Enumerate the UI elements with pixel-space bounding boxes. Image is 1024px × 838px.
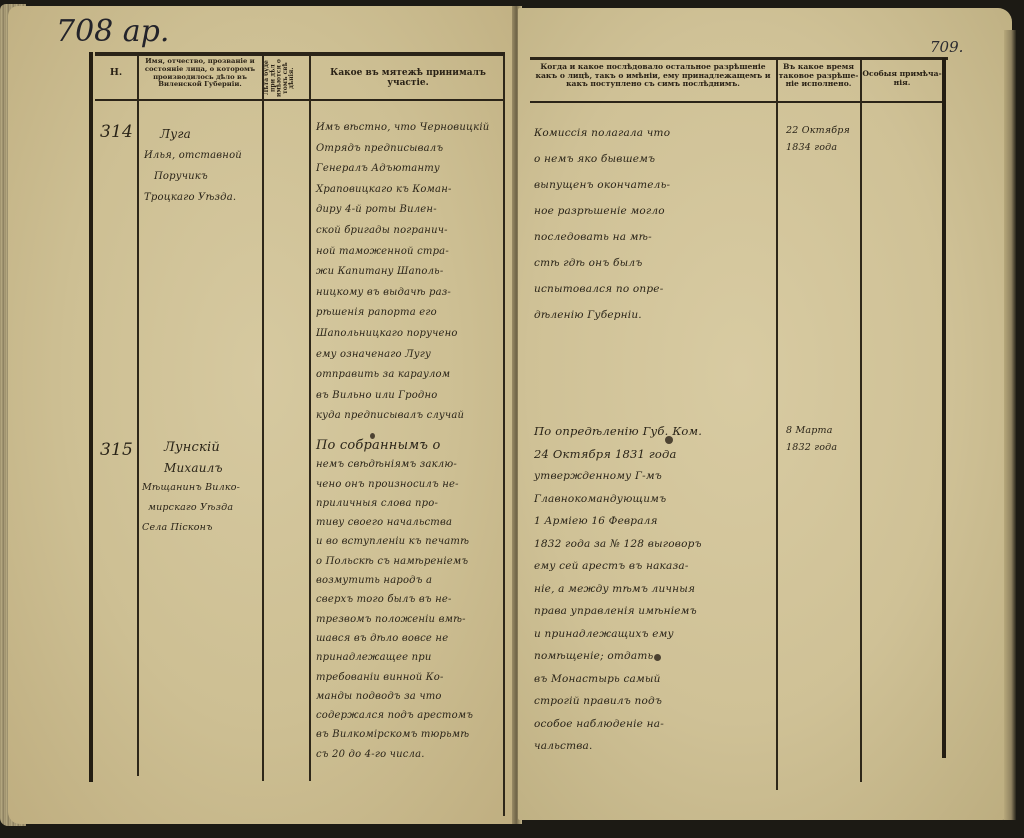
text-line: принадлежащее при	[316, 648, 473, 667]
header-number: Н.	[95, 68, 137, 79]
text-line: стѣ гдѣ онъ былъ	[534, 250, 670, 276]
text-line: и во вступленіи къ печатѣ	[316, 532, 473, 551]
text-line: испытовался по опре-	[534, 276, 670, 302]
date-line: 1834 года	[786, 139, 850, 156]
entry-number: 314	[100, 122, 133, 142]
text-line: въ Вилкомірскомъ тюрьмѣ	[316, 725, 473, 744]
text-line: Шапольницкаго поручено	[316, 324, 489, 345]
header-participation: Какое въ мятежѣ принималъ участіе.	[312, 68, 504, 89]
date-line: 22 Октября	[786, 122, 850, 139]
text-line: шався въ дѣло вовсе не	[316, 629, 473, 648]
text-line: въ Вильно или Гродно	[316, 386, 489, 407]
text-line: въ Монастырь самый	[534, 668, 702, 691]
text-line: ной таможенной стра-	[316, 242, 489, 263]
text-line: ской бригады погранич-	[316, 221, 489, 242]
header-top-rule	[95, 52, 505, 56]
column-divider	[262, 56, 264, 781]
left-border-line	[89, 52, 93, 782]
header-resolution: Когда и какое послѣдовало остальное разр…	[532, 63, 774, 89]
text-line: Храповицкаго къ Коман-	[316, 180, 489, 201]
text-line: Комиссія полагала что	[534, 120, 670, 146]
text-line: и принадлежащихъ ему	[534, 623, 702, 646]
name-line: Лунскій	[142, 438, 240, 458]
header-bottom-rule	[530, 101, 944, 103]
text-line: ему сей арестъ въ наказа-	[534, 555, 702, 578]
entry-participation: Имъ вѣстно, что Черновицкій Отрядъ предп…	[316, 118, 489, 427]
entry-execution-date: 22 Октября 1834 года	[786, 122, 850, 156]
date-line: 8 Марта	[786, 422, 837, 439]
ink-spot	[665, 436, 673, 444]
text-line: сверхъ того былъ въ не-	[316, 590, 473, 609]
text-line: отправить за караулом	[316, 365, 489, 386]
text-line: возмутить народъ а	[316, 571, 473, 590]
entry-number: 315	[100, 440, 133, 460]
page-number: 709.	[930, 38, 963, 56]
text-line: строгій правилъ подъ	[534, 690, 702, 713]
text-line: ное разрѣшеніе могло	[534, 198, 670, 224]
header-top-rule	[530, 57, 948, 60]
text-line: о Польскѣ съ намѣреніемъ	[316, 552, 473, 571]
name-line: Села Пісконъ	[142, 518, 240, 538]
entry-execution-date: 8 Марта 1832 года	[786, 422, 837, 456]
name-line: Поручикъ	[144, 166, 242, 187]
ink-spot	[654, 654, 661, 661]
entry-participation: По собраннымъ о немъ свѣдѣніямъ заклю- ч…	[316, 436, 473, 764]
column-divider	[137, 56, 139, 776]
text-line: жи Капитану Шаполь-	[316, 262, 489, 283]
header-execution-time: Въ какое время таковое разрѣше-ніе испол…	[778, 63, 859, 89]
text-line: требованіи винной Ко-	[316, 668, 473, 687]
text-line: чальства.	[534, 735, 702, 758]
text-line: выпущенъ окончатель-	[534, 172, 670, 198]
text-line: ніе, а между тѣмъ личныя	[534, 578, 702, 601]
column-divider	[309, 56, 311, 781]
text-line: права управленія имѣніемъ	[534, 600, 702, 623]
header-bottom-rule	[95, 99, 505, 101]
entry-resolution: Комиссія полагала что о немъ яко бывшемъ…	[534, 120, 670, 328]
text-line: дѣленію Губерніи.	[534, 302, 670, 328]
text-line: рѣшенія рапорта его	[316, 303, 489, 324]
text-line: ницкому въ выдачѣ раз-	[316, 283, 489, 304]
text-line: чено онъ произносилъ не-	[316, 475, 473, 494]
text-line: особое наблюденіе на-	[534, 713, 702, 736]
name-line: Троцкаго Уѣзда.	[144, 187, 242, 208]
column-divider	[776, 60, 778, 790]
entry-resolution: По опредѣленію Губ. Ком. 24 Октября 1831…	[534, 420, 702, 758]
header-age: Лѣта буде при дѣл имѣются о томъ свѣ дѣн…	[264, 58, 308, 98]
name-line: Луга	[144, 124, 242, 145]
text-line: манды подводъ за что	[316, 687, 473, 706]
text-line: 24 Октября 1831 года	[534, 443, 702, 466]
header-remarks: Особыя примѣча-нія.	[862, 70, 942, 87]
name-line: Илья, отставной	[144, 145, 242, 166]
text-line: Генералъ Адъютанту	[316, 159, 489, 180]
text-line: последовать на мѣ-	[534, 224, 670, 250]
folio-mark: 708 ap.	[56, 14, 169, 49]
text-line: о немъ яко бывшемъ	[534, 146, 670, 172]
text-line: съ 20 до 4-го числа.	[316, 745, 473, 764]
text-line: диру 4-й роты Вилен-	[316, 200, 489, 221]
text-line: По собраннымъ о	[316, 436, 473, 455]
ink-spot	[370, 433, 375, 439]
text-line: немъ свѣдѣніямъ заклю-	[316, 455, 473, 474]
ledger-spread: 708 ap. Н. Имя, отчество, прозваніе и со…	[0, 0, 1024, 838]
column-divider	[503, 56, 505, 816]
text-line: приличныя слова про-	[316, 494, 473, 513]
text-line: утвержденному Г-мъ	[534, 465, 702, 488]
text-line: По опредѣленію Губ. Ком.	[534, 420, 702, 443]
text-line: помѣщеніе; отдать	[534, 645, 702, 668]
text-line: Имъ вѣстно, что Черновицкій	[316, 118, 489, 139]
text-line: тиву своего начальства	[316, 513, 473, 532]
text-line: содержался подъ арестомъ	[316, 706, 473, 725]
name-line: Михаилъ	[142, 458, 240, 478]
column-divider	[860, 60, 862, 782]
right-border-line	[942, 58, 946, 758]
header-name: Имя, отчество, прозваніе и состояніе лиц…	[139, 58, 261, 89]
date-line: 1832 года	[786, 439, 837, 456]
text-line: Главнокомандующимъ	[534, 488, 702, 511]
text-line: 1832 года за № 128 выговоръ	[534, 533, 702, 556]
right-page-edge	[1004, 30, 1016, 820]
name-line: Мѣщанинъ Вилко-	[142, 478, 240, 498]
name-line: мирскаго Уѣзда	[142, 498, 240, 518]
entry-name: Луга Илья, отставной Поручикъ Троцкаго У…	[144, 124, 242, 208]
text-line: 1 Арміею 16 Февраля	[534, 510, 702, 533]
text-line: трезвомъ положеніи вмѣ-	[316, 610, 473, 629]
text-line: Отрядъ предписывалъ	[316, 139, 489, 160]
entry-name: Лунскій Михаилъ Мѣщанинъ Вилко- мирскаго…	[142, 438, 240, 538]
text-line: куда предписывалъ случай	[316, 406, 489, 427]
text-line: ему означенаго Лугу	[316, 345, 489, 366]
